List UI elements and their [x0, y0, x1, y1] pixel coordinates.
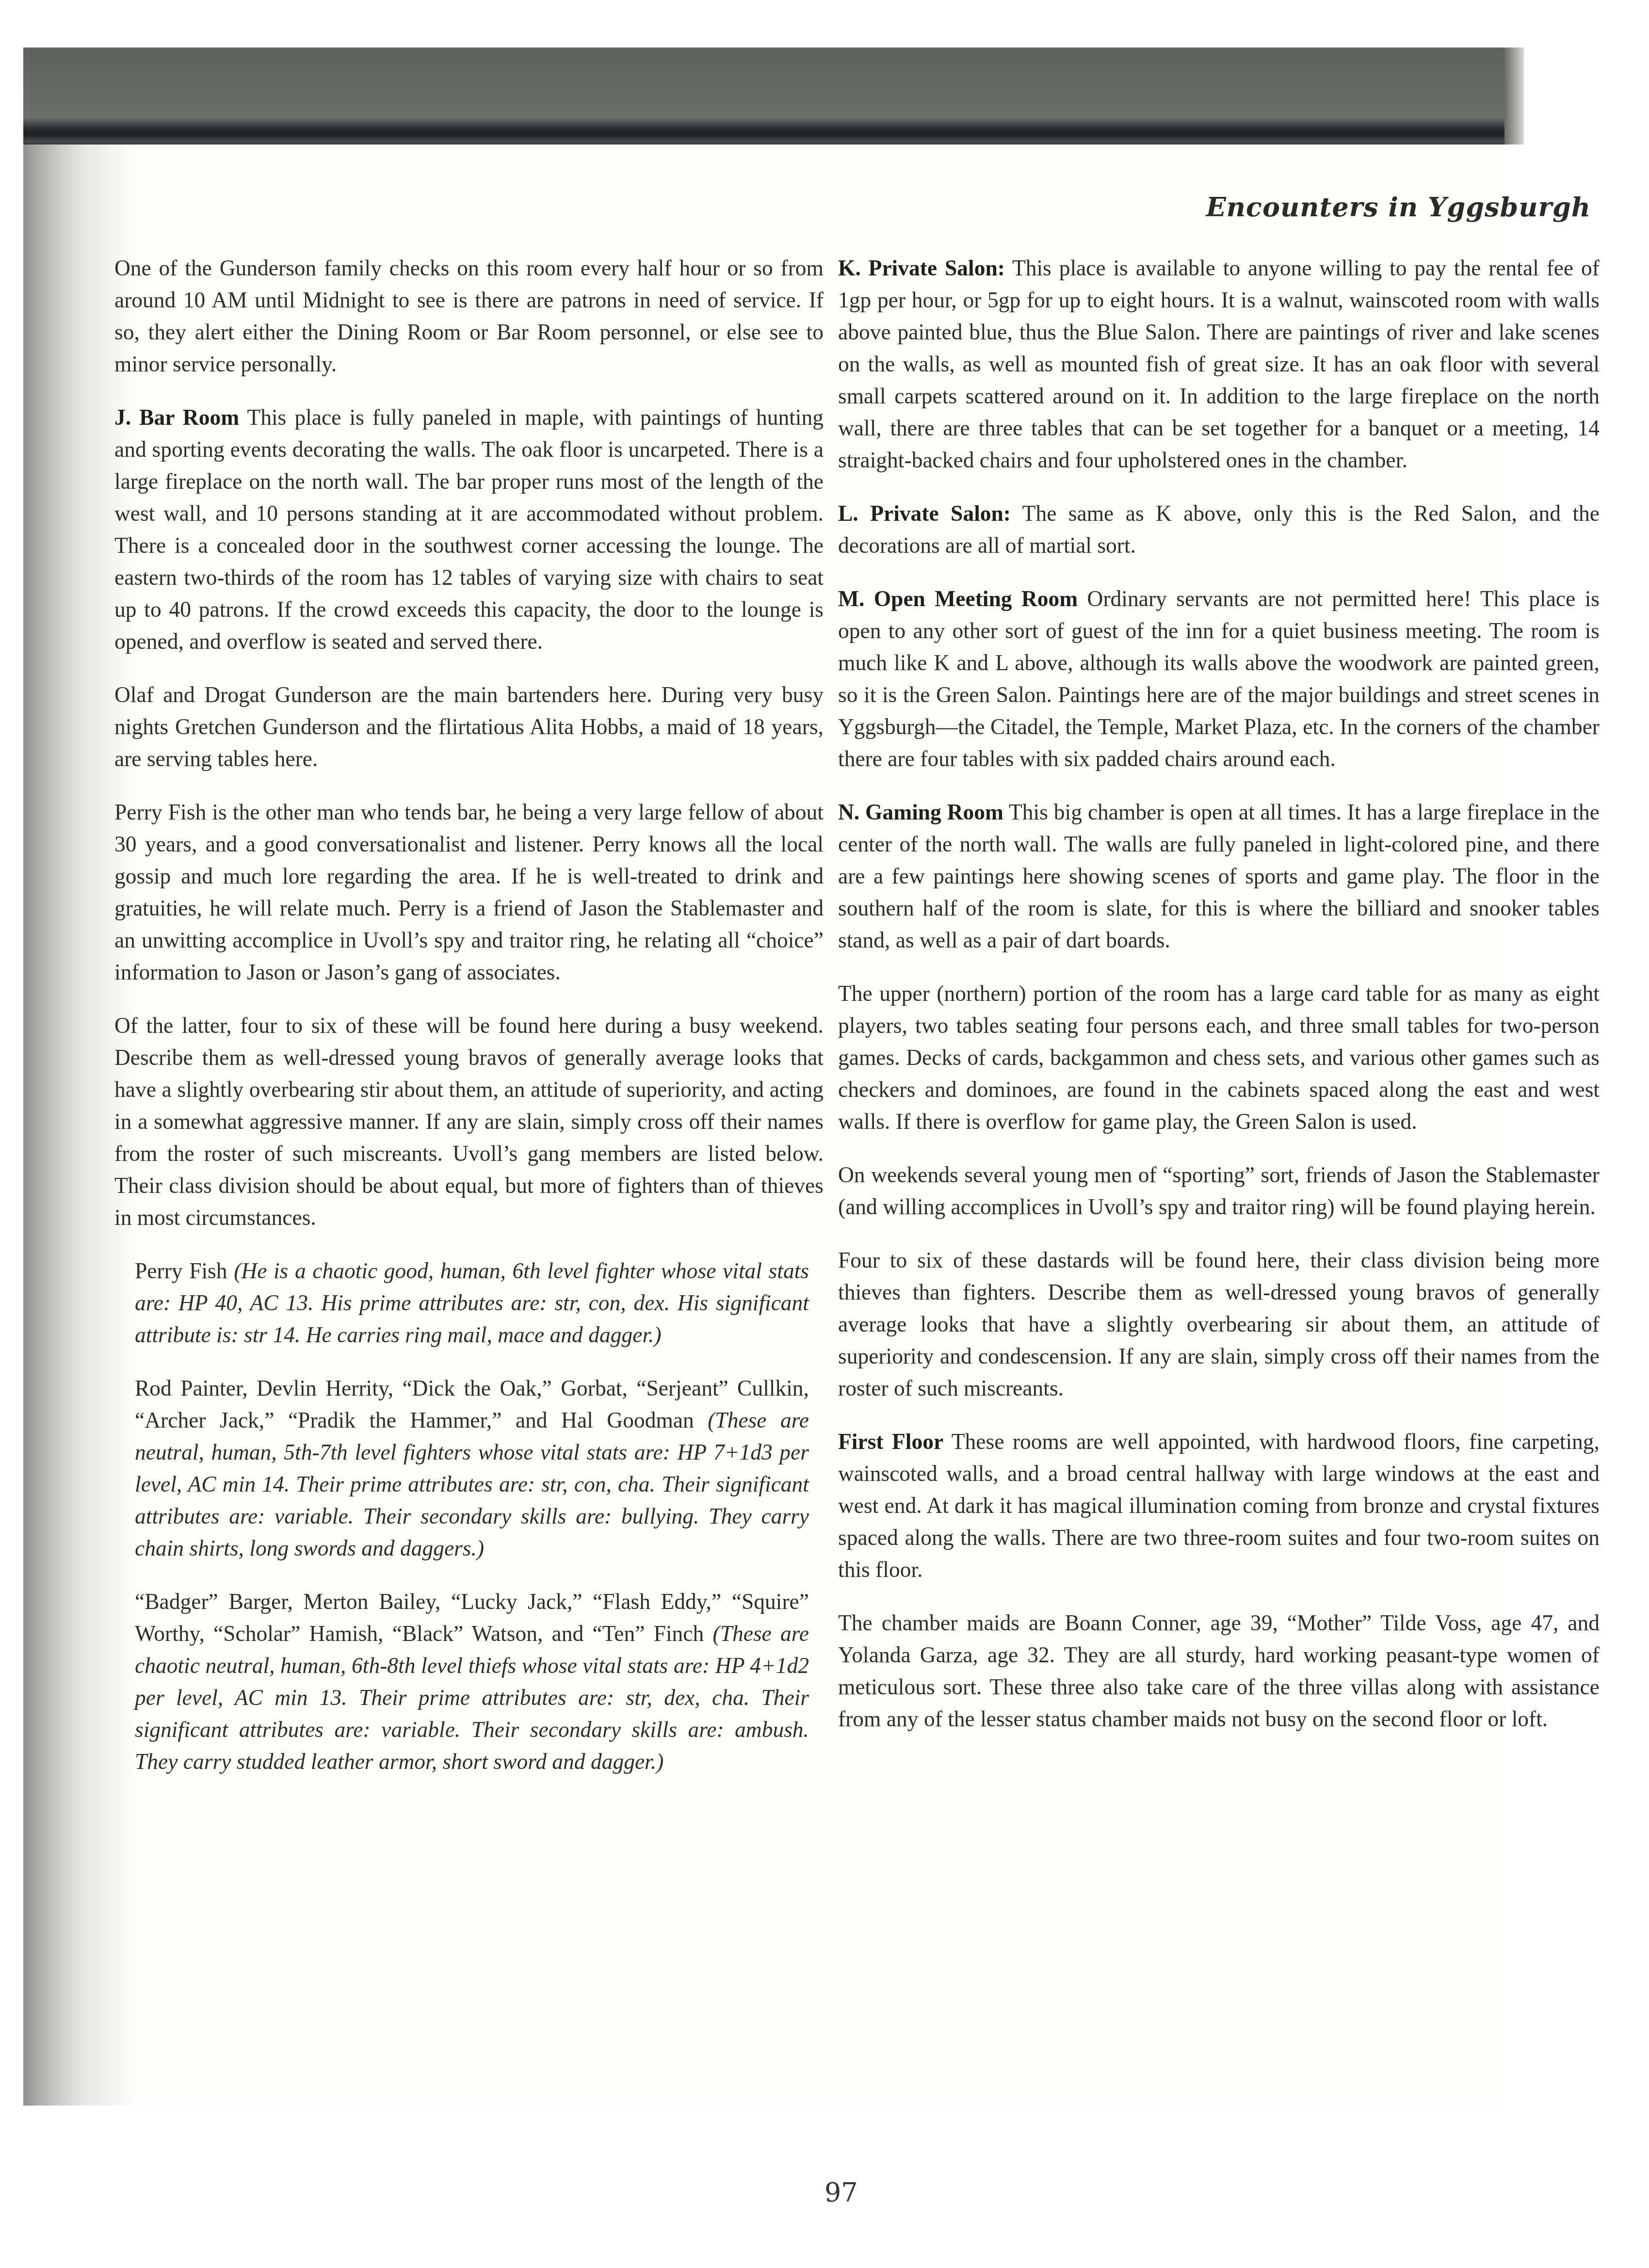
page-number: 97 — [824, 2177, 858, 2208]
paragraph-l-private-salon: L. Private Salon: The same as K above, o… — [838, 498, 1600, 562]
paragraph-bar-room: J. Bar Room This place is fully paneled … — [114, 402, 824, 658]
scanner-shadow-band — [23, 48, 1504, 145]
paragraph-m-open-meeting-room: M. Open Meeting Room Ordinary servants a… — [838, 583, 1600, 775]
stat-block-perry-fish: Perry Fish (He is a chaotic good, human,… — [114, 1255, 824, 1351]
section-heading-k: K. Private Salon: — [838, 256, 1005, 280]
paragraph-gunderson-checks: One of the Gunderson family checks on th… — [114, 252, 824, 380]
stat-block-fighters: Rod Painter, Devlin Herrity, “Dick the O… — [114, 1372, 824, 1564]
paragraph-gang-description: Of the latter, four to six of these will… — [114, 1010, 824, 1234]
section-heading-first-floor: First Floor — [838, 1429, 943, 1454]
section-heading-bar-room: J. Bar Room — [114, 405, 239, 430]
paragraph-perry-fish: Perry Fish is the other man who tends ba… — [114, 796, 824, 988]
npc-names: “Badger” Barger, Merton Bailey, “Lucky J… — [135, 1589, 809, 1646]
paragraph-n-gaming-room: N. Gaming Room This big chamber is open … — [838, 796, 1600, 956]
section-heading-m: M. Open Meeting Room — [838, 586, 1078, 611]
section-heading-l: L. Private Salon: — [838, 501, 1011, 526]
paragraph-chamber-maids: The chamber maids are Boann Conner, age … — [838, 1607, 1600, 1735]
left-column: One of the Gunderson family checks on th… — [114, 252, 824, 1799]
paragraph-dastards: Four to six of these dastards will be fo… — [838, 1244, 1600, 1404]
paragraph-k-private-salon: K. Private Salon: This place is availabl… — [838, 252, 1600, 476]
paragraph-bartenders: Olaf and Drogat Gunderson are the main b… — [114, 679, 824, 775]
paragraph-gaming-upper-portion: The upper (northern) portion of the room… — [838, 978, 1600, 1138]
npc-stats: (He is a chaotic good, human, 6th level … — [135, 1258, 809, 1347]
paragraph-first-floor: First Floor These rooms are well appoint… — [838, 1426, 1600, 1586]
section-heading-n: N. Gaming Room — [838, 800, 1003, 824]
stat-block-thieves: “Badger” Barger, Merton Bailey, “Lucky J… — [114, 1586, 824, 1778]
running-head: Encounters in Yggsburgh — [1174, 192, 1591, 223]
right-column: K. Private Salon: This place is availabl… — [838, 252, 1600, 1756]
paragraph-weekends: On weekends several young men of “sporti… — [838, 1159, 1600, 1223]
npc-names: Perry Fish — [135, 1258, 234, 1283]
